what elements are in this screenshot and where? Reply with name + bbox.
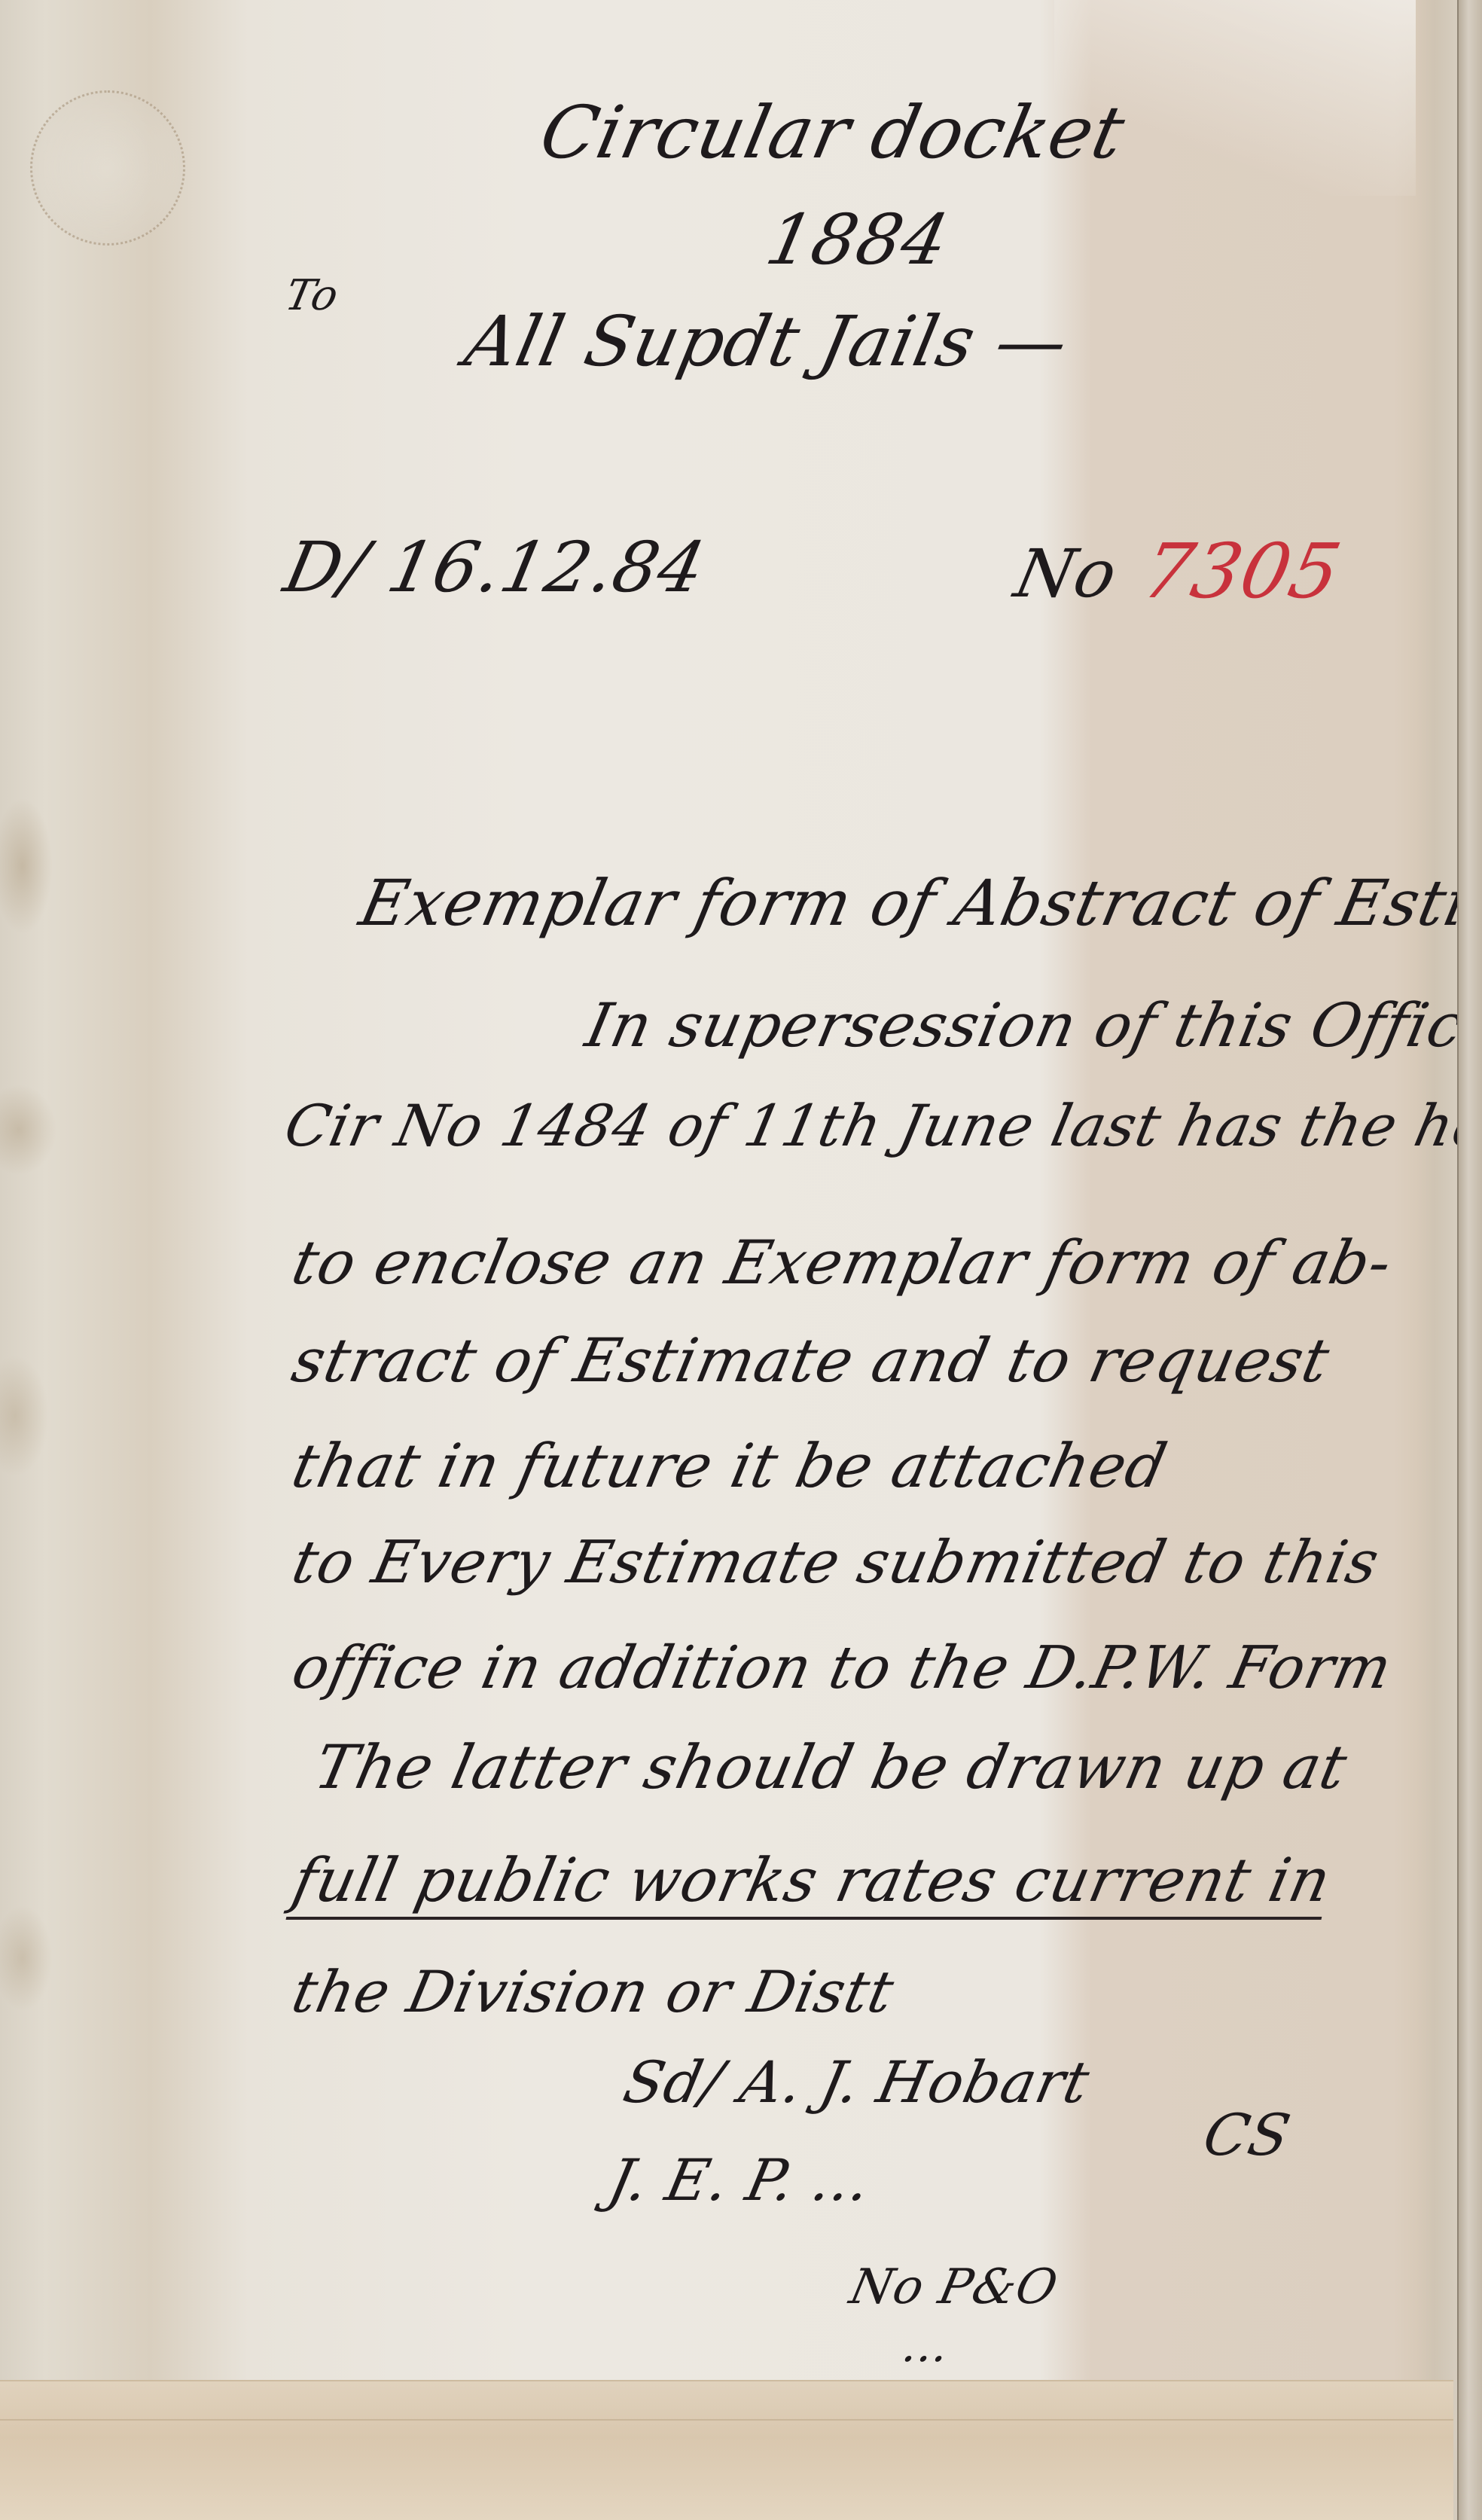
body-line-7: office in addition to the D.P.W. Form: [286, 1634, 1398, 1702]
addressee: All Supdt Jails —: [459, 301, 1076, 382]
body-line-2: Cir No 1484 of 11th June last has the ho…: [279, 1092, 1482, 1159]
signature-line-3: No P&O: [845, 2259, 1063, 2315]
body-line-10: the Division or Distt: [287, 1958, 901, 2025]
docket-title: Circular docket: [533, 90, 1132, 175]
docket-number-label: No: [1008, 535, 1124, 612]
edge-stains: [0, 0, 90, 2520]
document-page: Circular docket 1884 To All Supdt Jails …: [0, 0, 1482, 2520]
signature-line-4: ...: [898, 2320, 955, 2372]
body-line-9: full public works rates current in: [285, 1845, 1337, 1920]
to-label: To: [281, 271, 343, 320]
signature-line-2: J. E. P. ...: [603, 2146, 877, 2213]
docket-number: 7305: [1136, 527, 1349, 615]
signature-line-1: Sd/ A. J. Hobart: [618, 2049, 1096, 2116]
body-line-8: The latter should be drawn up at: [309, 1732, 1353, 1802]
body-line-1: In supersession of this Office: [580, 990, 1482, 1060]
body-line-3: to enclose an Exemplar form of ab-: [286, 1228, 1398, 1298]
docket-year: 1884: [760, 200, 956, 280]
page-bottom-edge: [0, 2380, 1453, 2520]
signature-suffix: CS: [1198, 2101, 1297, 2168]
binding-edge: [1457, 0, 1482, 2520]
body-line-4: stract of Estimate and to request: [286, 1326, 1336, 1396]
body-line-6: to Every Estimate submitted to this: [286, 1529, 1385, 1597]
docket-date: D/ 16.12.84: [278, 527, 712, 608]
body-line-5: that in future it be attached: [286, 1431, 1173, 1501]
subject-line: Exemplar form of Abstract of Estimate: [354, 866, 1482, 940]
embossed-seal-icon: [30, 90, 185, 246]
